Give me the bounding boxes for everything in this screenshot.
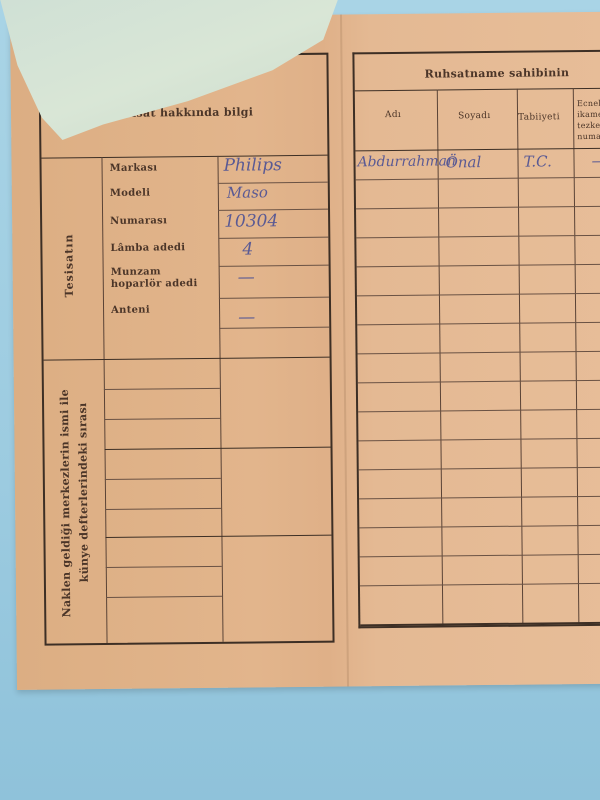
license-form-page: Tesisat hakkında bilgi Markası Modeli Nu… — [10, 12, 600, 690]
field-value-number: 10304 — [224, 211, 278, 232]
owner-surname-value: Önal — [445, 153, 481, 171]
field-value-model: Maso — [227, 183, 268, 201]
divider — [217, 156, 223, 642]
owner-permit-value: — — [591, 152, 600, 170]
column-header-surname: Soyadı — [458, 111, 491, 121]
transfer-centers-label-line1: Naklen geldiği merkezlerin ismi ile — [58, 389, 73, 618]
field-value-extra-speakers: — — [238, 267, 255, 287]
field-label-tube-count: Lâmba adedi — [110, 242, 185, 254]
divider — [44, 357, 330, 361]
divider — [41, 155, 327, 159]
license-owner-panel: Ruhsatname sahibinin Adı Soyadı Tabiiyet… — [352, 50, 600, 629]
field-value-brand: Philips — [223, 155, 282, 176]
field-label-number: Numarası — [110, 215, 167, 227]
column-header-name: Adı — [385, 110, 401, 120]
column-header-residence-permit: Ecnebi ikamet tezkeresi numarası — [577, 98, 600, 147]
field-label-extra-speakers: Munzam hoparlör adedi — [111, 266, 211, 291]
field-label-antenna: Anteni — [111, 305, 150, 316]
field-label-brand: Markası — [110, 162, 158, 173]
column-header-nationality: Tabiiyeti — [518, 112, 560, 122]
page-fold — [340, 15, 349, 687]
field-value-tube-count: 4 — [242, 239, 253, 259]
field-value-antenna: — — [238, 307, 255, 327]
installation-info-panel: Tesisat hakkında bilgi Markası Modeli Nu… — [38, 53, 334, 646]
owner-name-value: Abdurrahman — [357, 153, 456, 170]
installation-vertical-label: Tesisatın — [62, 233, 76, 297]
license-owner-title: Ruhsatname sahibinin — [425, 66, 570, 81]
transfer-centers-label-line2: künye defterlerindeki sırası — [76, 403, 91, 583]
owner-nationality-value: T.C. — [523, 152, 551, 170]
divider — [101, 157, 107, 643]
field-label-model: Modeli — [110, 188, 151, 199]
